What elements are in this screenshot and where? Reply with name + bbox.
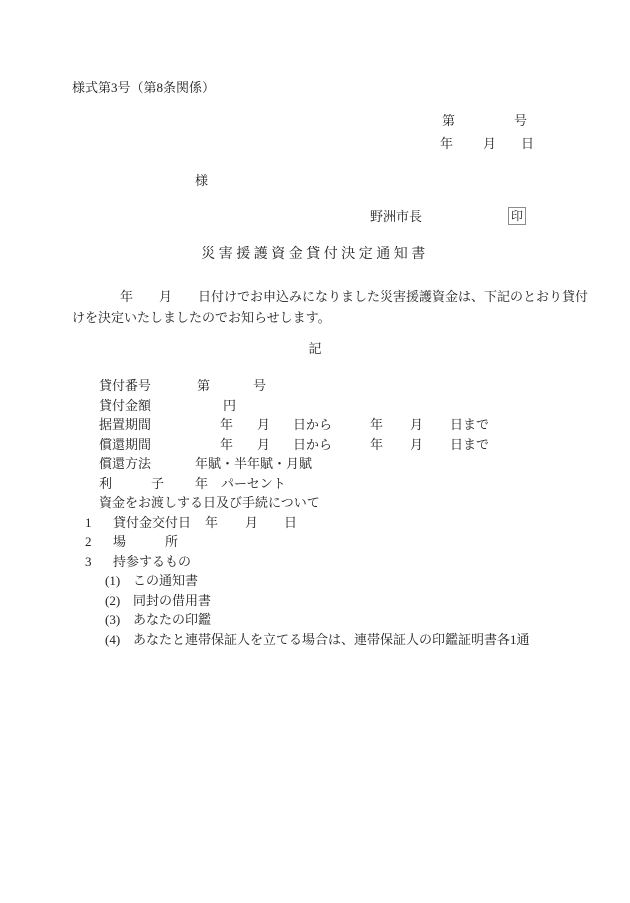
sub-item-text: あなたの印鑑 (133, 610, 211, 630)
date-year-label: 年 (440, 137, 453, 150)
form-number-label: 様式第3号（第8条関係） (72, 81, 215, 94)
item-number: 1 (85, 513, 92, 533)
repayment-month-to: 月 (410, 435, 423, 455)
delivery-month-label: 月 (245, 513, 258, 533)
date-day-label: 日 (521, 137, 534, 150)
body-paragraph: 年 月 日付けでお申込みになりました災害援護資金は、下記のとおり貸付 けを決定い… (72, 287, 592, 328)
place-label: 場 所 (113, 532, 178, 552)
bring-item-1: (1) この通知書 (0, 571, 630, 591)
document-page: 様式第3号（第8条関係） 第 号 年 月 日 様 野洲市長 印 災害援護資金貸付… (0, 0, 630, 903)
grace-day-from: 日から (293, 415, 332, 435)
body-line-2: けを決定いたしましたのでお知らせします。 (72, 308, 592, 329)
sub-item-number: (4) (105, 630, 120, 650)
doc-number-suffix: 号 (514, 114, 527, 127)
sender-name: 野洲市長 (370, 210, 422, 223)
official-seal: 印 (508, 207, 526, 225)
bring-label: 持参するもの (113, 552, 191, 572)
loan-number-prefix: 第 (197, 376, 210, 396)
repayment-year-from: 年 (220, 435, 233, 455)
procedure-item-place: 2 場 所 (0, 532, 630, 552)
repayment-day-to: 日まで (450, 435, 489, 455)
document-number-line: 第 号 (0, 114, 630, 130)
procedure-heading: 資金をお渡しする日及び手続について (0, 493, 630, 513)
grace-month-from: 月 (257, 415, 270, 435)
procedure-heading-text: 資金をお渡しする日及び手続について (99, 493, 320, 513)
grace-period-label: 据置期間 (99, 415, 151, 435)
sub-item-number: (3) (105, 610, 120, 630)
procedure-item-delivery-date: 1 貸付金交付日 年 月 日 (0, 513, 630, 533)
interest-value: 年 パーセント (195, 474, 286, 494)
loan-number-suffix: 号 (253, 376, 266, 396)
grace-month-to: 月 (410, 415, 423, 435)
loan-amount-label: 貸付金額 (99, 396, 151, 416)
repayment-method-label: 償還方法 (99, 454, 151, 474)
delivery-year-label: 年 (205, 513, 218, 533)
field-row-interest: 利 子 年 パーセント (0, 474, 630, 494)
doc-number-prefix: 第 (442, 114, 455, 127)
grace-year-from: 年 (220, 415, 233, 435)
grace-day-to: 日まで (450, 415, 489, 435)
repayment-day-from: 日から (293, 435, 332, 455)
repayment-month-from: 月 (257, 435, 270, 455)
field-row-loan-amount: 貸付金額 円 (0, 396, 630, 416)
sub-item-number: (2) (105, 591, 120, 611)
delivery-day-label: 日 (284, 513, 297, 533)
interest-label: 利 子 (99, 474, 164, 494)
details-section: 貸付番号 第 号 貸付金額 円 据置期間 年 月 日から 年 月 日まで 償還期… (0, 376, 630, 649)
notation-marker: 記 (0, 342, 630, 355)
loan-number-label: 貸付番号 (99, 376, 151, 396)
sub-item-text: あなたと連帯保証人を立てる場合は、連帯保証人の印鑑証明書各1通 (133, 630, 530, 650)
bring-item-3: (3) あなたの印鑑 (0, 610, 630, 630)
sub-item-number: (1) (105, 571, 120, 591)
addressee-suffix: 様 (195, 174, 208, 187)
procedure-item-bring: 3 持参するもの (0, 552, 630, 572)
bring-item-4: (4) あなたと連帯保証人を立てる場合は、連帯保証人の印鑑証明書各1通 (0, 630, 630, 650)
issue-date-line: 年 月 日 (0, 137, 630, 153)
grace-year-to: 年 (370, 415, 383, 435)
date-month-label: 月 (483, 137, 496, 150)
field-row-grace-period: 据置期間 年 月 日から 年 月 日まで (0, 415, 630, 435)
repayment-method-value: 年賦・半年賦・月賦 (195, 454, 312, 474)
field-row-repayment-method: 償還方法 年賦・半年賦・月賦 (0, 454, 630, 474)
field-row-repayment-period: 償還期間 年 月 日から 年 月 日まで (0, 435, 630, 455)
repayment-year-to: 年 (370, 435, 383, 455)
body-line-1: 年 月 日付けでお申込みになりました災害援護資金は、下記のとおり貸付 (72, 287, 592, 308)
document-title: 災害援護資金貸付決定通知書 (0, 248, 630, 262)
repayment-period-label: 償還期間 (99, 435, 151, 455)
delivery-date-label: 貸付金交付日 (113, 513, 191, 533)
sub-item-text: 同封の借用書 (133, 591, 211, 611)
bring-item-2: (2) 同封の借用書 (0, 591, 630, 611)
item-number: 2 (85, 532, 92, 552)
field-row-loan-number: 貸付番号 第 号 (0, 376, 630, 396)
item-number: 3 (85, 552, 92, 572)
loan-amount-unit: 円 (223, 396, 236, 416)
sub-item-text: この通知書 (133, 571, 198, 591)
